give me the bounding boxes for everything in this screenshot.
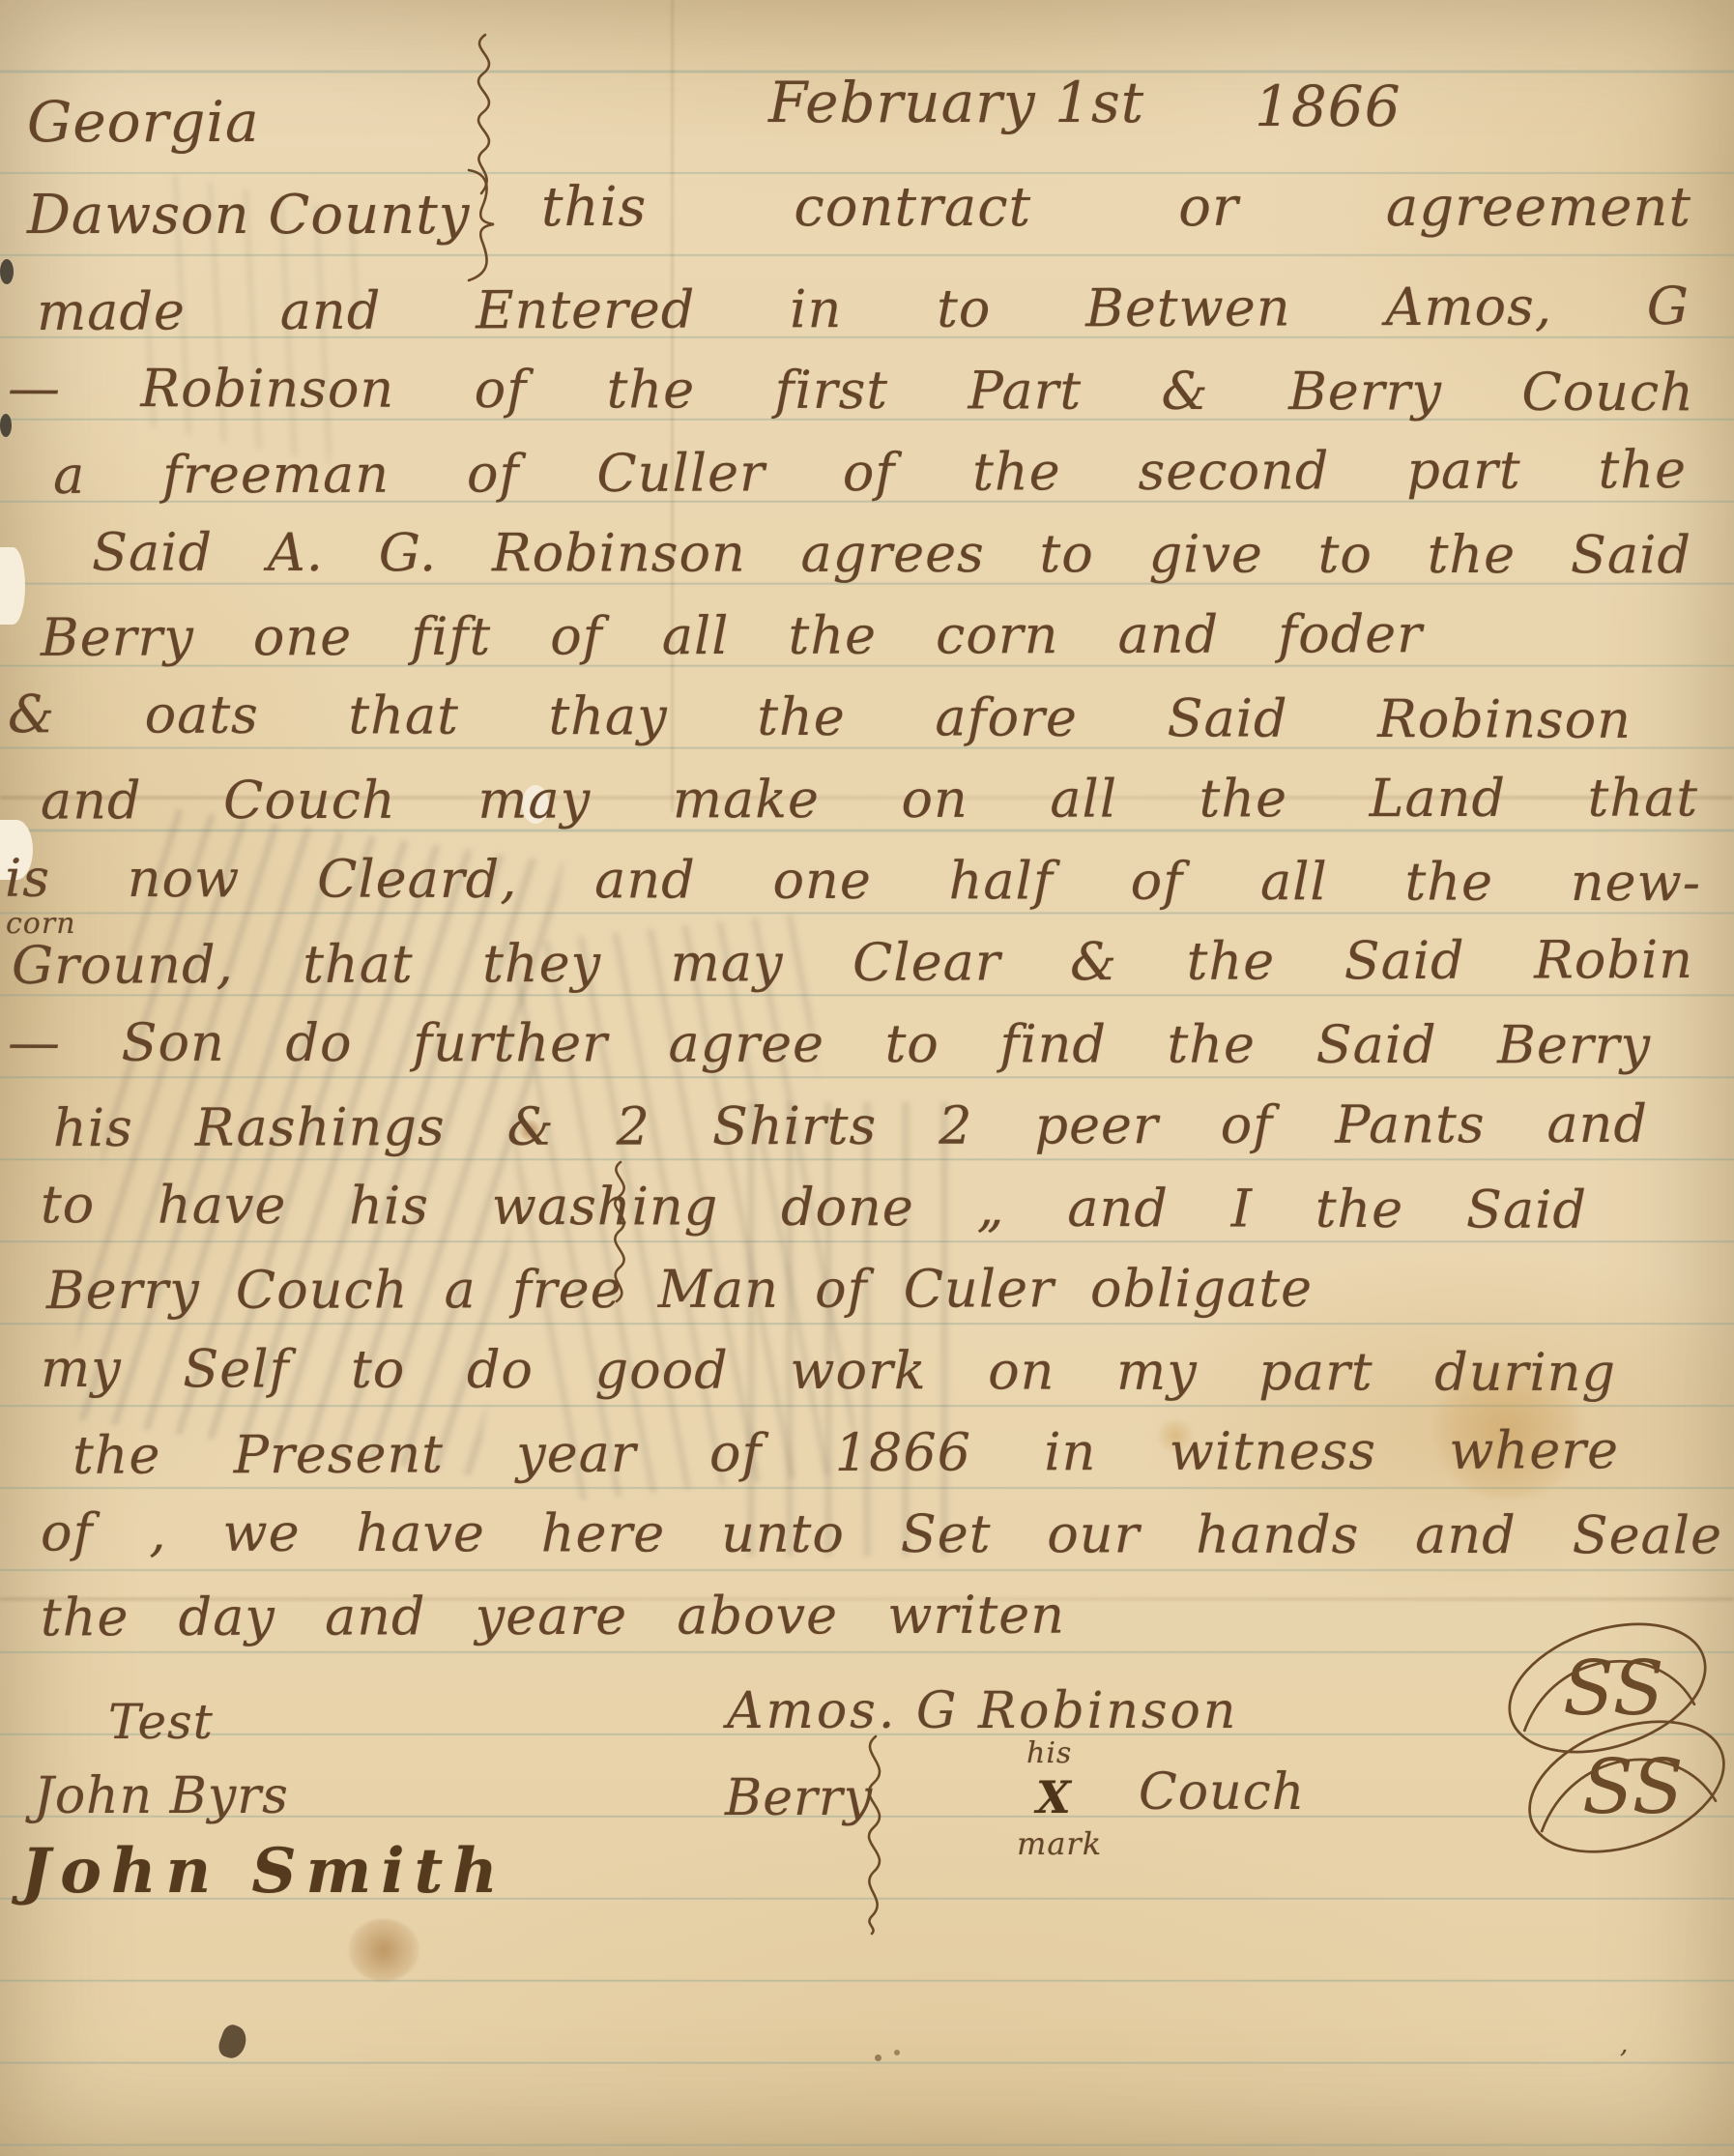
seal-flourish-couch: SS [1516, 1705, 1734, 1868]
scan-edge-mark [0, 259, 14, 284]
mark-word-his: his [1026, 1736, 1072, 1770]
handwritten-line: is now Cleard, and one half of all the n… [5, 850, 1701, 912]
handwritten-line: the day and yeare above writen [41, 1587, 1065, 1646]
handwritten-line: his Rashings & 2 Shirts 2 peer of Pants … [53, 1095, 1648, 1157]
interlinear-note: corn [6, 907, 76, 941]
handwritten-line: — Son do further agree to find the Said … [8, 1014, 1651, 1074]
handwritten-line: and Couch may make on all the Land that [41, 770, 1698, 830]
stray-comma-mark: , [1620, 2030, 1629, 2059]
witness-signature-1: John Byrs [34, 1767, 289, 1825]
ink-speck [875, 2054, 881, 2061]
handwritten-line: to have his washing done „ and I the Sai… [41, 1176, 1587, 1238]
contract-opening-line: this contract or agreement [541, 176, 1691, 239]
paper-tear [0, 547, 25, 625]
ink-speck [216, 2023, 250, 2062]
ink-speck [894, 2050, 900, 2055]
handwritten-line: Said A. G. Robinson agrees to give to th… [92, 524, 1691, 584]
handwritten-line: Ground, that they may Clear & the Said R… [12, 931, 1693, 994]
signature-berry-first: Berry [725, 1769, 873, 1827]
ink-squiggle-signature [853, 1733, 899, 1936]
handwritten-line: the Present year of 1866 in witness wher… [72, 1421, 1619, 1484]
signature-couch-last: Couch [1139, 1763, 1305, 1821]
mark-word-mark: mark [1017, 1825, 1102, 1862]
handwritten-line: Berry one fift of all the corn and foder [41, 605, 1423, 666]
place-state: Georgia [27, 89, 260, 155]
signature-robinson: Amos. G Robinson [727, 1682, 1238, 1740]
witness-signature-2: John Smith [21, 1835, 507, 1908]
document-page: , Georgia February 1st 1866 Dawson Count… [0, 0, 1734, 2156]
date-text: February 1st [768, 70, 1144, 135]
x-mark: X [1036, 1771, 1072, 1823]
date-year: 1866 [1255, 73, 1402, 139]
stain [348, 1919, 419, 1981]
handwritten-line: a freeman of Culler of the second part t… [53, 441, 1687, 504]
handwritten-line: my Self to do good work on my part durin… [41, 1340, 1616, 1402]
witness-label: Test [108, 1694, 214, 1750]
handwritten-line: made and Entered in to Betwen Amos, G [37, 277, 1690, 340]
handwritten-line: & oats that thay the afore Said Robinson [8, 685, 1632, 748]
place-county: Dawson County [27, 184, 470, 247]
handwritten-line: Berry Couch a free Man of Culer obligate [46, 1260, 1313, 1320]
handwritten-line: — Robinson of the first Part & Berry Cou… [8, 360, 1694, 422]
ink-bleed-smudge [715, 1102, 947, 1557]
handwritten-line: of , we have here unto Set our hands and… [41, 1503, 1722, 1563]
seal-letters: SS [1582, 1744, 1684, 1831]
